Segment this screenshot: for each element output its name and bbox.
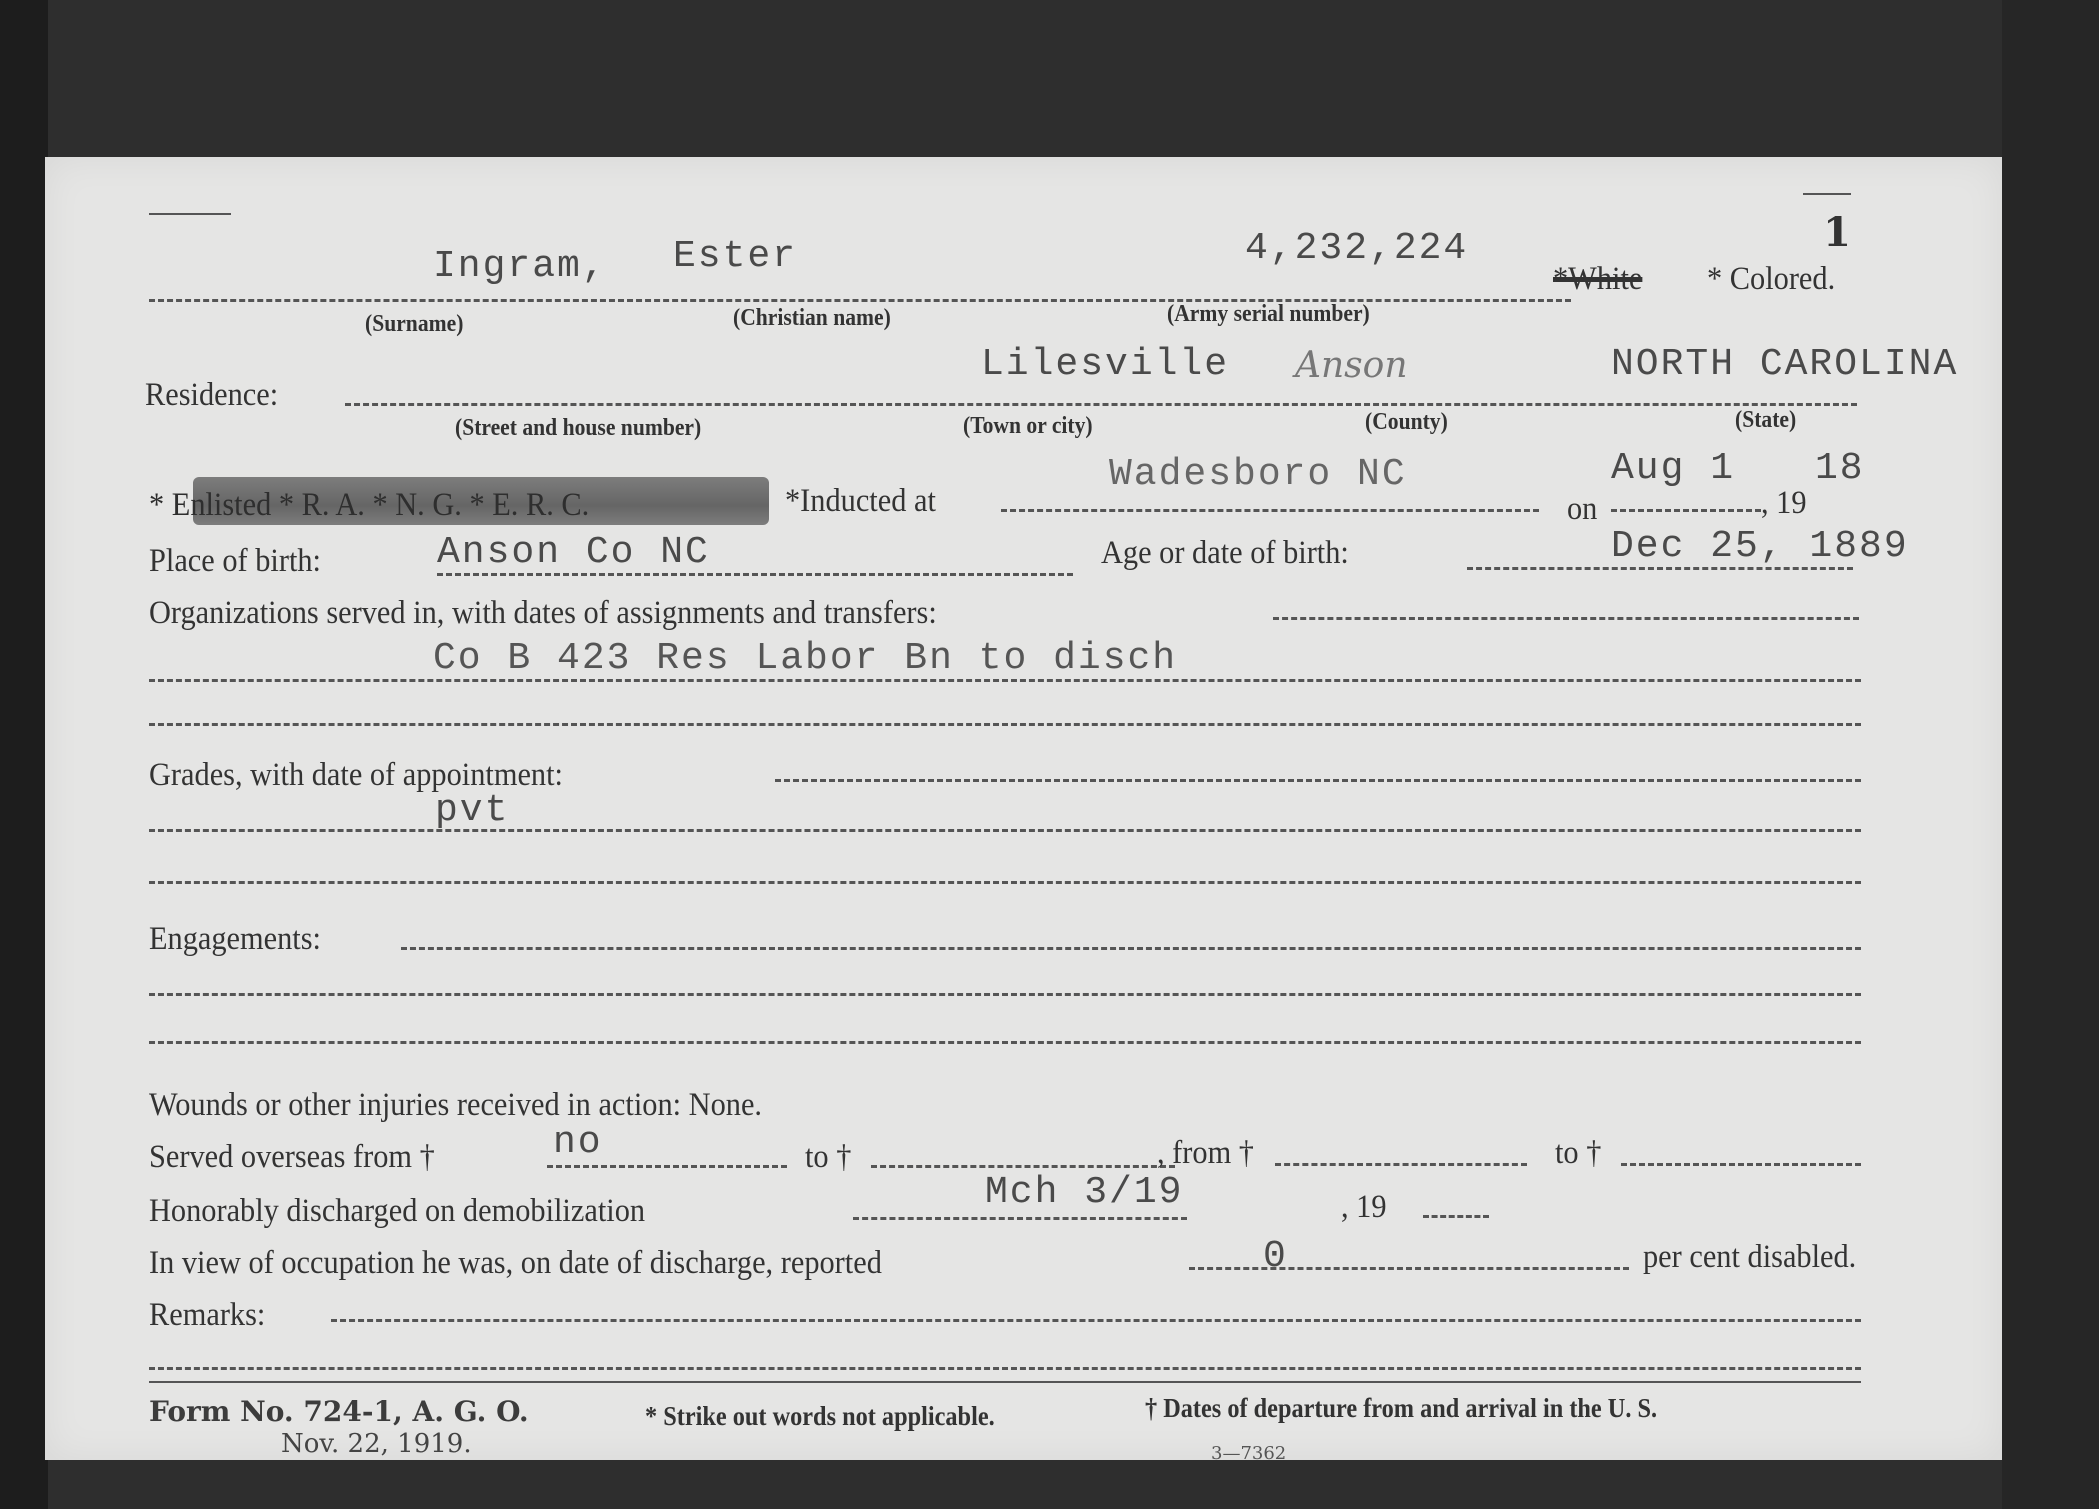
engagements-line-1: [401, 947, 1861, 950]
state-value: NORTH CAROLINA: [1611, 343, 1958, 386]
overseas-from-label-2: , from †: [1157, 1135, 1254, 1172]
street-label: (Street and house number): [455, 415, 701, 442]
organizations-line-2: [149, 679, 1861, 682]
grades-line-2: [149, 829, 1861, 832]
inducted-at-label: *Inducted at: [785, 483, 936, 520]
grades-value: pvt: [435, 789, 509, 832]
engagements-line-2: [149, 993, 1861, 996]
overseas-to-line-1: [871, 1165, 1175, 1168]
discharge-date-value: Mch 3/19: [985, 1171, 1183, 1214]
age-dob-line: [1467, 567, 1853, 570]
induction-date-value: Aug 1: [1611, 447, 1735, 490]
overseas-to-label-2: to †: [1555, 1135, 1601, 1172]
percent-disabled-line: [1189, 1267, 1629, 1270]
town-label: (Town or city): [963, 413, 1093, 440]
form-date: Nov. 22, 1919.: [281, 1429, 472, 1459]
race-colored: * Colored.: [1707, 261, 1835, 298]
top-right-rule: [1803, 193, 1851, 195]
grades-line-3: [149, 881, 1861, 884]
footer-rule: [149, 1381, 1861, 1383]
christian-name-label: (Christian name): [733, 305, 891, 332]
occupation-disabled-label: In view of occupation he was, on date of…: [149, 1245, 882, 1282]
induction-year-prefix: , 19: [1761, 485, 1807, 522]
organizations-value: Co B 423 Res Labor Bn to disch: [433, 637, 1177, 680]
age-dob-label: Age or date of birth:: [1101, 535, 1349, 572]
enlisted-options-struck: * Enlisted * R. A. * N. G. * E. R. C.: [149, 487, 589, 524]
card-number: 1: [1823, 209, 1851, 256]
engagements-line-3: [149, 1041, 1861, 1044]
place-of-birth-value: Anson Co NC: [437, 531, 710, 574]
overseas-to-label-1: to †: [805, 1139, 851, 1176]
county-label: (County): [1365, 409, 1448, 436]
race-white-struck: *White: [1553, 261, 1642, 298]
served-overseas-value: no: [553, 1121, 603, 1164]
town-value: Lilesville: [981, 343, 1229, 386]
remarks-line-2: [149, 1367, 1861, 1370]
surname-label: (Surname): [365, 311, 463, 338]
inducted-at-value: Wadesboro NC: [1109, 453, 1407, 496]
overseas-to-line-2: [1621, 1163, 1861, 1166]
residence-line: [345, 403, 1857, 406]
discharge-year-line: [1423, 1215, 1489, 1218]
residence-label: Residence:: [145, 377, 278, 414]
organizations-line-3: [149, 723, 1861, 726]
state-label: (State): [1735, 407, 1796, 434]
discharge-date-line: [853, 1217, 1187, 1220]
on-label: on: [1567, 491, 1597, 528]
grades-line-1: [775, 779, 1861, 782]
form-number: Form No. 724-1, A. G. O.: [149, 1395, 529, 1428]
print-code: 3—7362: [1211, 1443, 1286, 1464]
discharge-year-prefix: , 19: [1341, 1189, 1387, 1226]
discharged-label: Honorably discharged on demobilization: [149, 1193, 645, 1230]
christian-name-value: Ester: [673, 235, 797, 278]
wounds-label: Wounds or other injuries received in act…: [149, 1087, 762, 1124]
organizations-line-1: [1273, 617, 1859, 620]
surname-value: Ingram,: [433, 245, 607, 288]
inducted-at-line: [1001, 509, 1539, 512]
scan-border-left: [0, 0, 48, 1509]
top-left-rule: [149, 213, 231, 215]
date-of-birth-value: Dec 25, 1889: [1611, 525, 1909, 568]
per-cent-disabled-label: per cent disabled.: [1643, 1239, 1856, 1276]
strike-note: * Strike out words not applicable.: [645, 1401, 995, 1432]
induction-date-line: [1611, 509, 1761, 512]
induction-year-value: 18: [1815, 447, 1865, 490]
served-overseas-label: Served overseas from †: [149, 1139, 435, 1176]
army-serial-number-label: (Army serial number): [1167, 301, 1370, 328]
county-value: Anson: [1295, 345, 1408, 386]
served-overseas-from-line: [547, 1165, 787, 1168]
dates-note: † Dates of departure from and arrival in…: [1145, 1393, 1657, 1424]
organizations-label: Organizations served in, with dates of a…: [149, 595, 937, 632]
scan-border-right: [2002, 0, 2099, 1509]
place-of-birth-label: Place of birth:: [149, 543, 321, 580]
army-serial-number-value: 4,232,224: [1245, 227, 1468, 270]
remarks-line-1: [331, 1319, 1861, 1322]
percent-disabled-value: 0: [1263, 1235, 1288, 1278]
engagements-label: Engagements:: [149, 921, 321, 958]
remarks-label: Remarks:: [149, 1297, 265, 1334]
service-record-card: 1 Ingram, Ester 4,232,224 *White * Color…: [45, 157, 2002, 1460]
overseas-from-line-2: [1275, 1163, 1527, 1166]
place-of-birth-line: [437, 573, 1073, 576]
